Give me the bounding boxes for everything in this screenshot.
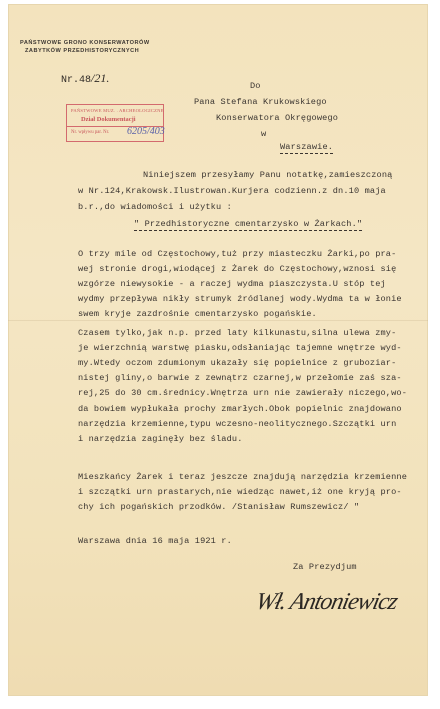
handwritten-signature: Wł. Antoniewicz [253,589,399,616]
addressee-city: Warszawie. [280,142,333,154]
paragraph2-line: je wierzchnią warstwę piasku,odsłaniając… [78,343,402,353]
paragraph1-line: O trzy mile od Częstochowy,tuż przy mias… [78,249,396,259]
stamp-institution: PAŃSTWOWE MUZ. . ARCHEOLOGICZNE [71,108,164,113]
paragraph2-line: Czasem tylko,jak n.p. przed laty kilkuna… [78,328,396,338]
stamp-entry-label: Nr. wpływu par. Nr. [71,130,109,135]
paragraph2-line: nistej gliny,o barwie z zewnątrz czarnej… [78,373,402,383]
stamp-entry-number: 6205/403 [127,126,165,137]
paragraph1-line: swem kryje zazdrośnie cmentarzysko pogań… [78,309,317,319]
stamp-department: Dział Dokumentacji [81,116,136,123]
archive-stamp: PAŃSTWOWE MUZ. . ARCHEOLOGICZNE Dział Do… [66,104,164,142]
paragraph3-line: Mieszkańcy Żarek i teraz jeszcze znajduj… [78,472,407,482]
intro-line-2: w Nr.124,Krakowsk.Ilustrowan.Kurjera cod… [78,186,386,196]
reference-suffix: /21. [91,71,109,85]
letterhead-line-1: PAŃSTWOWE GRONO KONSERWATORÓW [20,40,150,46]
paragraph2-line: i narzędzia zaginęły bez śladu. [78,434,243,444]
reference-prefix: Nr.48 [61,75,91,86]
on-behalf-label: Za Prezydjum [293,562,357,572]
paragraph1-line: wydmy przepływa nikły strumyk źródlanej … [78,294,402,304]
paper-fold-line [8,320,428,321]
paragraph1-line: wej stronie drogi,wiodącej z Żarek do Cz… [78,264,396,274]
paragraph3-line: i szczątki urn prastarych,nie wiedząc na… [78,487,402,497]
paragraph1-line: wzgórze niewysokie - a raczej wydma pias… [78,279,386,289]
paragraph2-line: narzędzia krzemienne,typu wczesno-neolit… [78,419,396,429]
intro-line-3: b.r.,do wiadomości i użytku : [78,202,232,212]
reference-number: Nr.48/21. [61,71,109,86]
addressee-preposition: w [261,129,266,139]
paragraph2-line: rej,25 do 30 cm.średnicy.Wnętrza urn nie… [78,388,407,398]
intro-line-1: Niniejszem przesyłamy Panu notatkę,zamie… [143,170,392,180]
date-line: Warszawa dnia 16 maja 1921 r. [78,536,232,546]
addressee-title: Konserwatora Okręgowego [216,113,338,123]
paragraph2-line: my.Wtedy oczom zdumionym ukazały się pop… [78,358,396,368]
document-page: PAŃSTWOWE GRONO KONSERWATORÓW ZABYTKÓW P… [8,4,428,696]
paragraph2-line: da bowiem wypłukała prochy zmarłych.Obok… [78,404,402,414]
addressee-name: Pana Stefana Krukowskiego [194,97,327,107]
addressee-to: Do [250,81,261,91]
article-title: " Przedhistoryczne cmentarzysko w Żarkac… [134,219,362,231]
paragraph3-line: chy ich pogańskich przodków. /Stanisław … [78,502,359,512]
letterhead-line-2: ZABYTKÓW PRZEDHISTORYCZNYCH [25,48,139,54]
